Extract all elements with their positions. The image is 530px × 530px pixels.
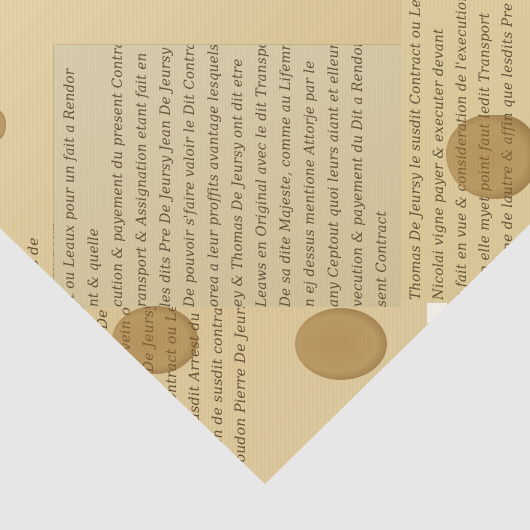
script-line: ey & Thomas De Jeursy ont dit etre xyxy=(226,45,250,307)
fabric-center-panel: et ou Leaux pour un fait a Rendor nt & q… xyxy=(54,45,401,307)
script-text-center: et ou Leaux pour un fait a Rendor nt & q… xyxy=(58,45,394,307)
script-line: sent Contract xyxy=(370,45,394,307)
script-line: vecution & payement du Dit a Rendor xyxy=(346,45,370,307)
script-line: et ou Leaux pour un fait a Rendor xyxy=(58,45,82,307)
script-line: De sa dite Majeste, comme au Lifemme xyxy=(274,45,298,307)
script-line: orea a leur proffits avantage lesquels xyxy=(202,45,226,307)
script-line: ransport & Assignation etant fait en xyxy=(130,45,154,307)
script-line: nt & quelle xyxy=(82,45,106,307)
fabric-notch xyxy=(427,303,447,323)
script-line: n ej dessus mentione Attorje par le xyxy=(298,45,322,307)
scene: sdit Contract ou Leon, Rowa pour elle ur… xyxy=(0,0,530,530)
fabric-napkin: sdit Contract ou Leon, Rowa pour elle ur… xyxy=(0,0,530,530)
script-line: Thomas De Jeursy le susdit Contract ou L… xyxy=(405,0,428,300)
script-line: sdit Contract ou Leon, Rowa pour elle xyxy=(0,144,23,530)
coffee-stain-center xyxy=(295,308,387,380)
script-line: cution & payement du present Contrast xyxy=(106,45,130,307)
coffee-stain-left xyxy=(112,306,198,374)
script-line: Leaws en Original avec le dit Transport xyxy=(250,45,274,307)
script-line: De pouvoir s'faire valoir le Dit Contras… xyxy=(178,45,202,307)
script-line: les dits Pre De Jeursy Jean De Jeursy xyxy=(154,45,178,307)
script-line: any Ceptout quoi leurs aiant et elleur xyxy=(322,45,346,307)
script-line: urtes devant, Pierre Dessert, Nicolas de xyxy=(23,144,46,530)
